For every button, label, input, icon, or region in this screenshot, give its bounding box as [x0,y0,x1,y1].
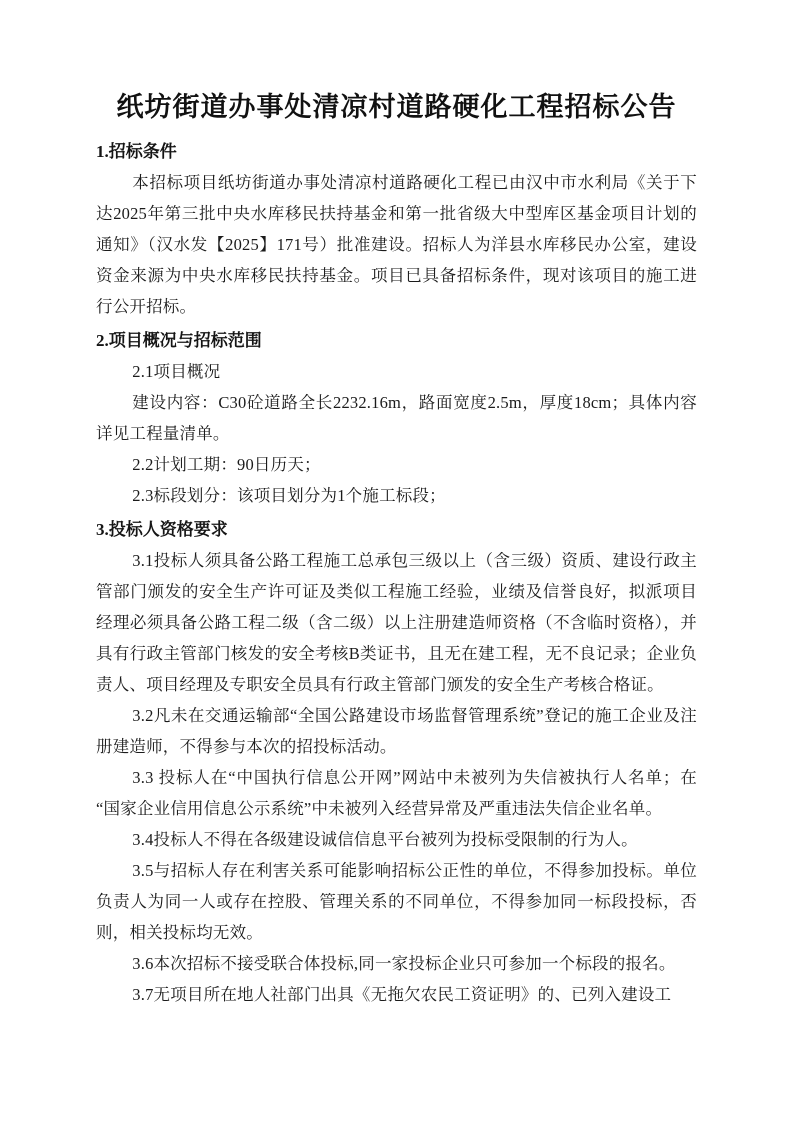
paragraph-1-1: 本招标项目纸坊街道办事处清凉村道路硬化工程已由汉中市水利局《关于下达2025年第… [96,167,697,322]
paragraph-3-5: 3.5与招标人存在利害关系可能影响招标公正性的单位，不得参加投标。单位负责人为同… [96,855,697,948]
section-2-heading: 2.项目概况与招标范围 [96,325,697,356]
paragraph-2-2: 建设内容：C30砼道路全长2232.16m，路面宽度2.5m，厚度18cm；具体… [96,387,697,449]
paragraph-3-2: 3.2凡未在交通运输部“全国公路建设市场监督管理系统”登记的施工企业及注册建造师… [96,700,697,762]
section-3-heading: 3.投标人资格要求 [96,514,697,545]
section-bidder-qualifications: 3.投标人资格要求 3.1投标人须具备公路工程施工总承包三级以上（含三级）资质、… [96,514,697,1010]
paragraph-3-7: 3.7无项目所在地人社部门出具《无拖欠农民工资证明》的、已列入建设工 [96,979,697,1010]
paragraph-2-1: 2.1项目概况 [96,356,697,387]
paragraph-2-3: 2.2计划工期：90日历天； [96,449,697,480]
section-tender-conditions: 1.招标条件 本招标项目纸坊街道办事处清凉村道路硬化工程已由汉中市水利局《关于下… [96,136,697,322]
paragraph-2-4: 2.3标段划分：该项目划分为1个施工标段； [96,480,697,511]
paragraph-3-4: 3.4投标人不得在各级建设诚信信息平台被列为投标受限制的行为人。 [96,824,697,855]
document-page: 纸坊街道办事处清凉村道路硬化工程招标公告 1.招标条件 本招标项目纸坊街道办事处… [0,0,793,1122]
section-project-overview: 2.项目概况与招标范围 2.1项目概况 建设内容：C30砼道路全长2232.16… [96,325,697,511]
paragraph-3-3: 3.3 投标人在“中国执行信息公开网”网站中未被列为失信被执行人名单；在“国家企… [96,762,697,824]
paragraph-3-1: 3.1投标人须具备公路工程施工总承包三级以上（含三级）资质、建设行政主管部门颁发… [96,545,697,700]
paragraph-3-6: 3.6本次招标不接受联合体投标,同一家投标企业只可参加一个标段的报名。 [96,948,697,979]
document-title: 纸坊街道办事处清凉村道路硬化工程招标公告 [96,86,697,128]
section-1-heading: 1.招标条件 [96,136,697,167]
